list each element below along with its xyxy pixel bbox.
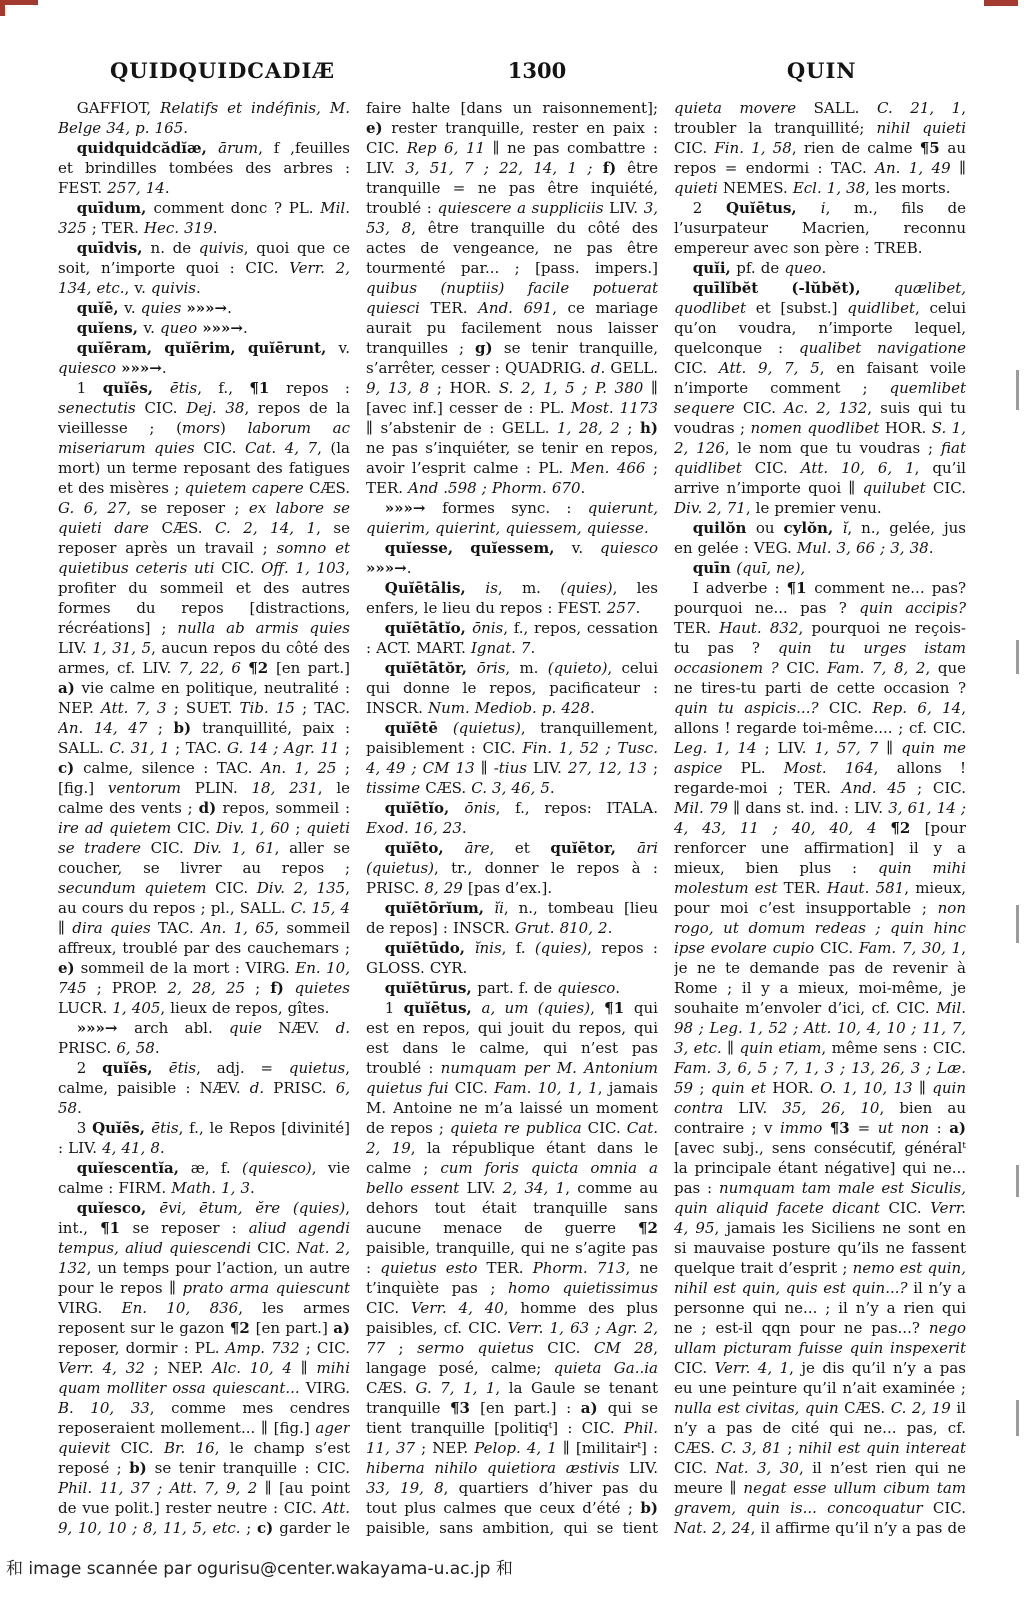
scan-edge-artifact	[1016, 640, 1019, 674]
dictionary-paragraph: »»»→ formes sync. : quierunt, quierim, q…	[366, 498, 658, 538]
dictionary-paragraph: quĭesco, ēvi, ētum, ĕre (quies), int., ¶…	[58, 1198, 350, 1540]
dictionary-paragraph: quĭē, v. quies »»»→.	[58, 298, 350, 318]
guide-word-right: QUIN	[679, 58, 964, 83]
dictionary-paragraph: quĭētĭo, ōnis, f., repos: ITALA. Exod. 1…	[366, 798, 658, 838]
page-number: 1300	[395, 58, 680, 83]
column-2: faire halte [dans un raisonnement]; e) r…	[366, 98, 658, 1540]
dictionary-paragraph: quīdvis, n. de quivis, quoi que ce soit,…	[58, 238, 350, 298]
dictionary-paragraph: 2 Quĭētus, i, m., fils de l’usurpateur M…	[674, 198, 966, 258]
dictionary-paragraph: quĭens, v. queo »»»→.	[58, 318, 350, 338]
dictionary-paragraph: GAFFIOT, Relatifs et indéfinis, M. Belge…	[58, 98, 350, 138]
dictionary-paragraph: quīn (quī, ne),	[674, 558, 966, 578]
dictionary-paragraph: quĭesse, quĭessem, v. quiesco »»»→.	[366, 538, 658, 578]
dictionary-paragraph: 1 quĭēs, ētis, f., ¶1 repos : senectutis…	[58, 378, 350, 1018]
scan-edge-artifact	[1016, 905, 1019, 943]
dictionary-paragraph: quĭētātĭo, ōnis, f., repos, cessation : …	[366, 618, 658, 658]
dictionary-paragraph: 2 quĭēs, ētis, adj. = quietus, calme, pa…	[58, 1058, 350, 1118]
page-header: QUIDQUIDCADIÆ 1300 QUIN	[58, 58, 964, 92]
dictionary-paragraph: quĭi, pf. de queo.	[674, 258, 966, 278]
scanned-dictionary-page: QUIDQUIDCADIÆ 1300 QUIN GAFFIOT, Relatif…	[0, 0, 1024, 1600]
dictionary-paragraph: quieta movere SALL. C. 21, 1, troubler l…	[674, 98, 966, 198]
registration-mark-top-right	[984, 0, 1018, 6]
dictionary-paragraph: quĭētōrĭum, ĭi, n., tombeau [lieu de rep…	[366, 898, 658, 938]
dictionary-paragraph: quĭētūdo, ĭnis, f. (quies), repos : GLOS…	[366, 938, 658, 978]
dictionary-paragraph: quīlĭbĕt (-lŭbĕt), quælibet, quodlibet e…	[674, 278, 966, 518]
dictionary-paragraph: »»»→ arch abl. quie NÆV. d. PRISC. 6, 58…	[58, 1018, 350, 1058]
guide-word-left: QUIDQUIDCADIÆ	[58, 58, 395, 83]
dictionary-paragraph: Quĭētālis, is, m. (quies), les enfers, l…	[366, 578, 658, 618]
column-1: GAFFIOT, Relatifs et indéfinis, M. Belge…	[58, 98, 350, 1540]
dictionary-paragraph: 1 quĭētus, a, um (quies), ¶1 qui est en …	[366, 998, 658, 1540]
scan-edge-artifact	[1016, 1400, 1019, 1436]
dictionary-paragraph: quilŏn ou cylŏn, ĭ, n., gelée, jus en ge…	[674, 518, 966, 558]
dictionary-paragraph: quĭescentĭa, æ, f. (quiesco), vie calme …	[58, 1158, 350, 1198]
dictionary-paragraph: quĭēram, quĭērim, quĭērunt, v. quiesco »…	[58, 338, 350, 378]
scan-edge-artifact	[1016, 370, 1019, 410]
dictionary-paragraph: quĭētē (quietus), tranquillement, paisib…	[366, 718, 658, 798]
dictionary-paragraph: I adverbe : ¶1 comment ne... pas? pourqu…	[674, 578, 966, 1540]
dictionary-paragraph: 3 Quĭēs, ētis, f., le Repos [divinité] :…	[58, 1118, 350, 1158]
dictionary-paragraph: quīdum, comment donc ? PL. Mil. 325 ; TE…	[58, 198, 350, 238]
scanner-credit: 和 image scannée par ogurisu@center.wakay…	[6, 1554, 1006, 1579]
text-columns: GAFFIOT, Relatifs et indéfinis, M. Belge…	[58, 98, 966, 1540]
column-3: quieta movere SALL. C. 21, 1, troubler l…	[674, 98, 966, 1540]
registration-mark-top-left-horizontal	[0, 0, 38, 5]
dictionary-paragraph: faire halte [dans un raisonnement]; e) r…	[366, 98, 658, 498]
dictionary-paragraph: quidquidcădĭæ, ārum, f ,feuilles et brin…	[58, 138, 350, 198]
dictionary-paragraph: quĭētātŏr, ōris, m. (quieto), celui qui …	[366, 658, 658, 718]
dictionary-paragraph: quĭēto, āre, et quĭētor, āri (quietus), …	[366, 838, 658, 898]
dictionary-paragraph: quĭētūrus, part. f. de quiesco.	[366, 978, 658, 998]
scan-edge-artifact	[1016, 1165, 1019, 1197]
